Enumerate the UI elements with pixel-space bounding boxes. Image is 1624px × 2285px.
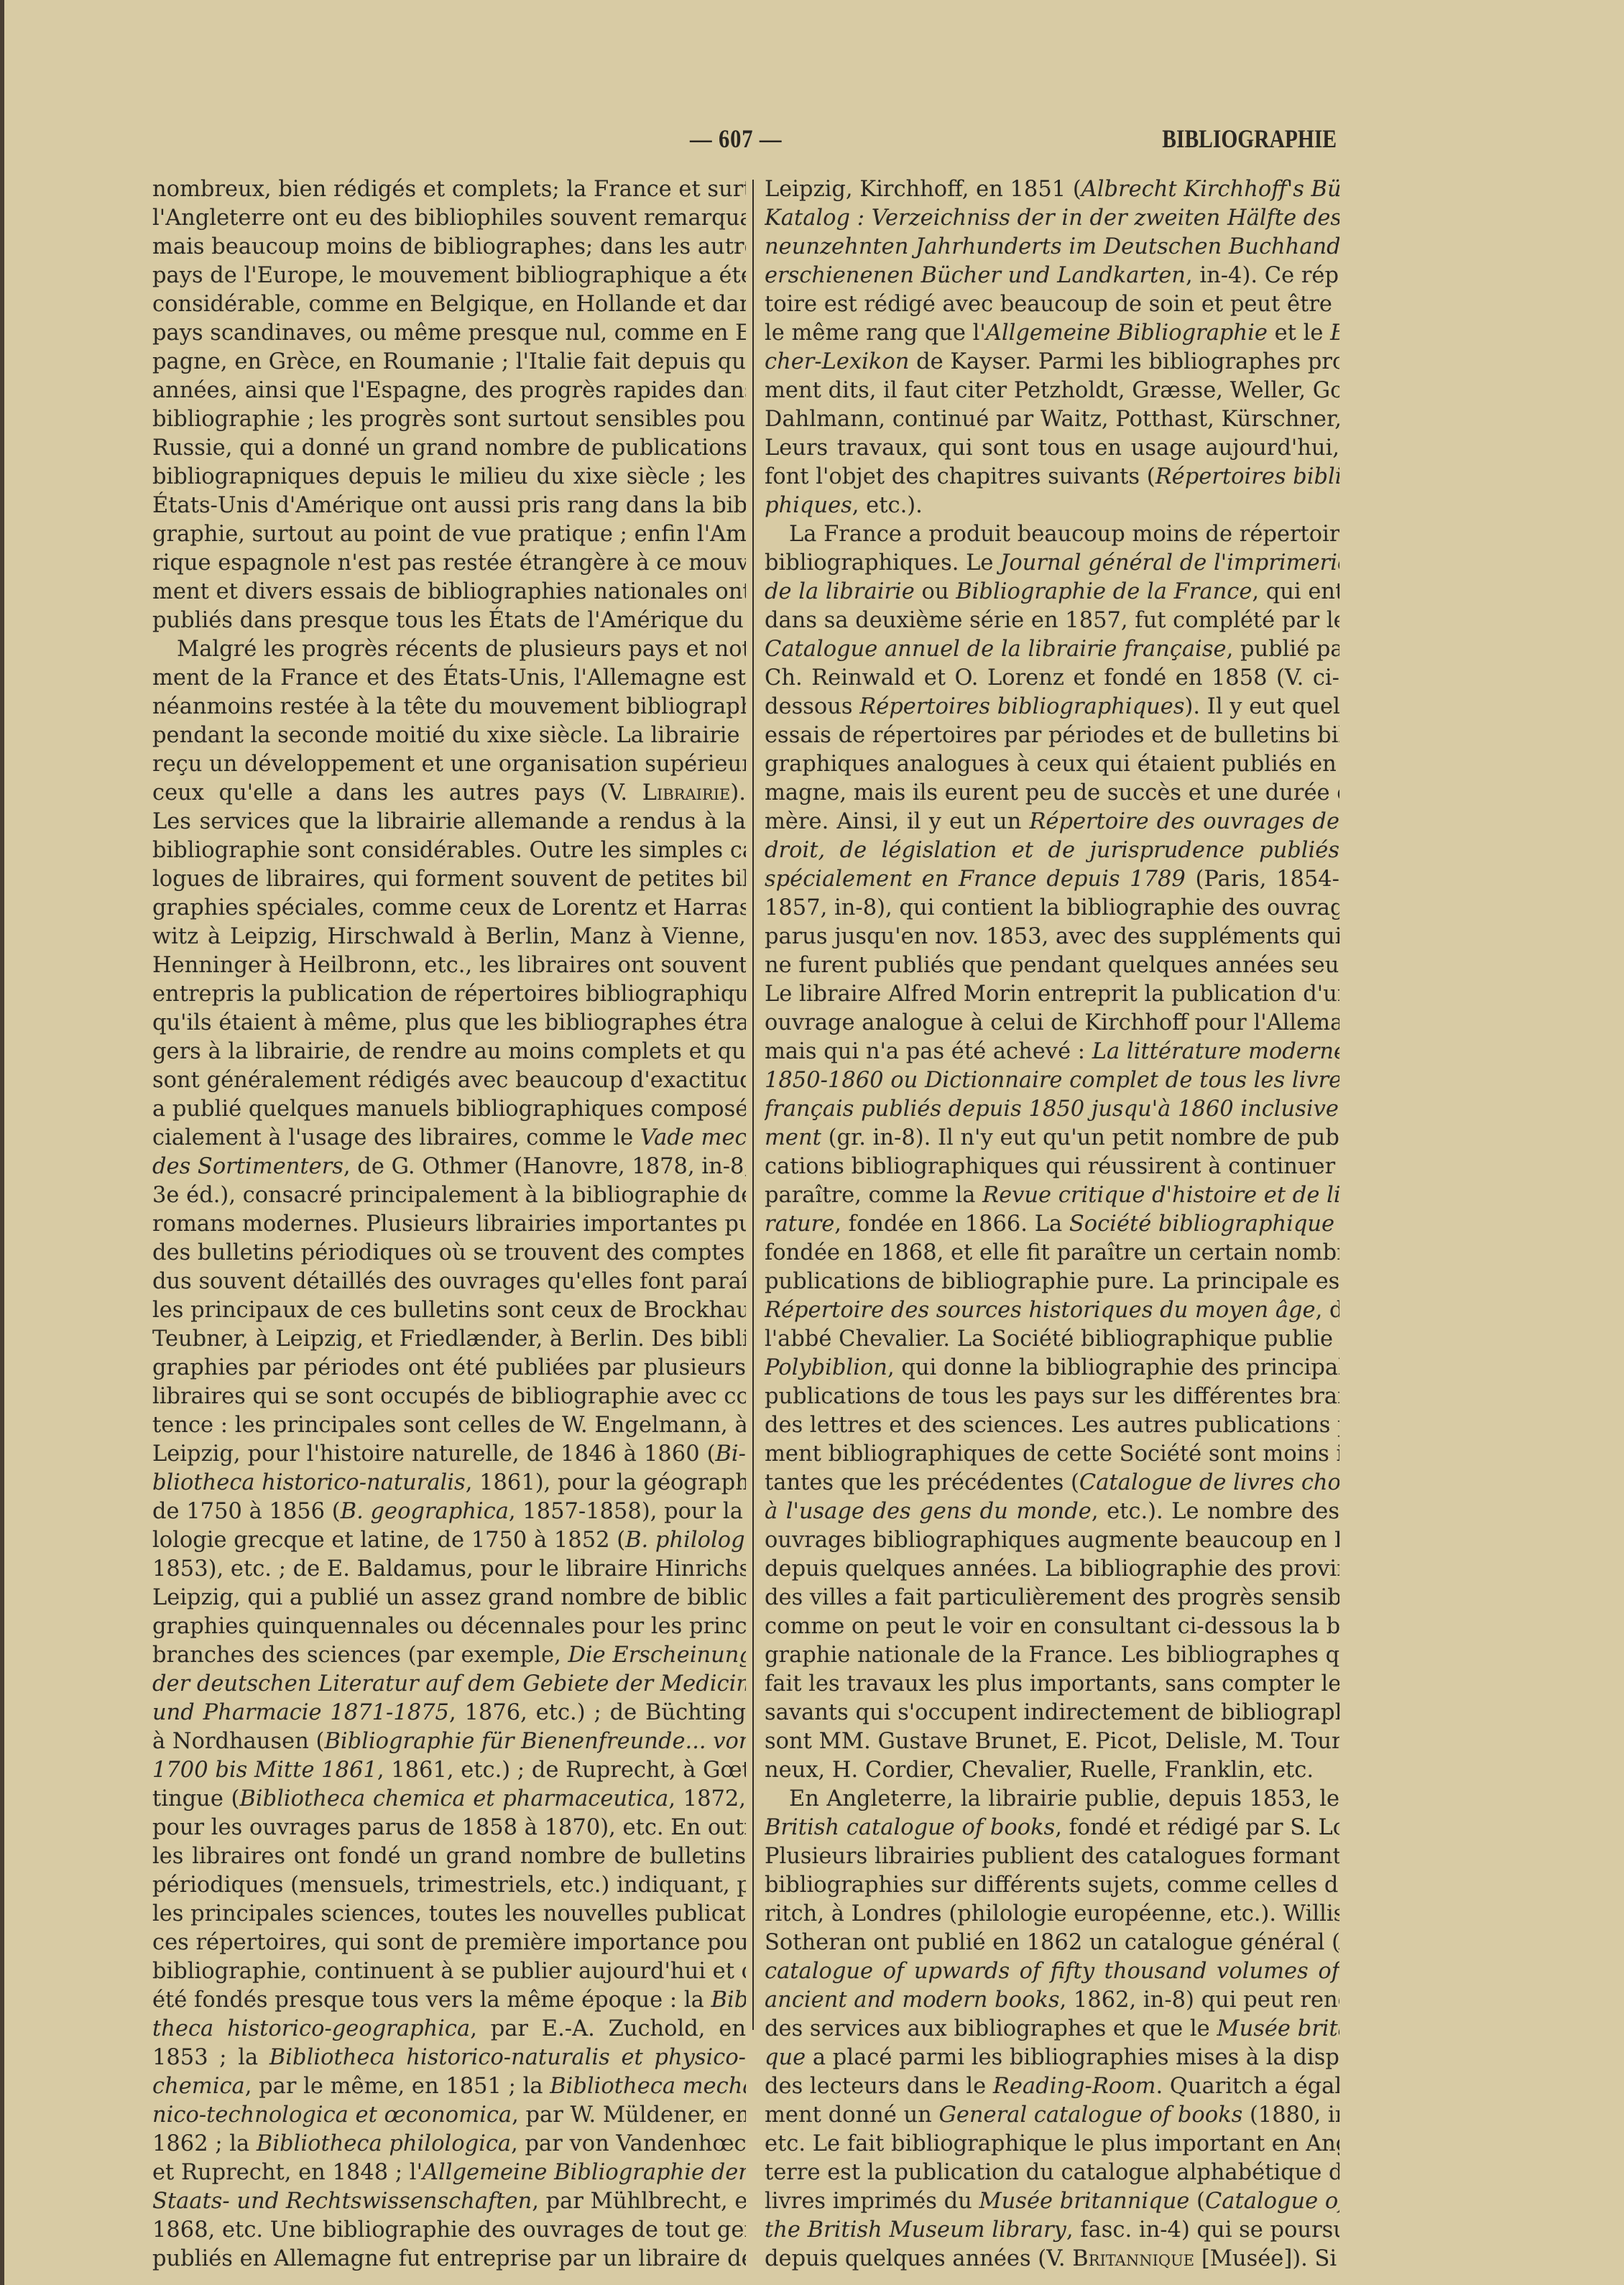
text-segment: ceux qu'elle a dans les autres pays (V. — [152, 780, 642, 805]
text-line: néanmoins restée à la tête du mouvement … — [152, 693, 746, 721]
text-line: bibliograpniques depuis le milieu du xix… — [152, 463, 746, 491]
text-line: romans modernes. Plusieurs librairies im… — [152, 1210, 746, 1239]
text-line: périodiques (mensuels, trimestriels, etc… — [152, 1871, 746, 1900]
text-segment: , fasc. in-4) qui se poursuit — [1066, 2217, 1339, 2243]
text-line: Leipzig, qui a publié un assez grand nom… — [152, 1584, 746, 1612]
text-line: mère. Ainsi, il y eut un Répertoire des … — [765, 808, 1339, 836]
italic-title: Reading-Room — [993, 2074, 1156, 2099]
italic-title: und Pharmacie 1871-1875 — [152, 1700, 449, 1725]
italic-title: the British Museum library — [765, 2217, 1066, 2243]
text-line: Le libraire Alfred Morin entreprit la pu… — [765, 980, 1339, 1009]
italic-title: rature — [765, 1211, 834, 1237]
text-line: des bulletins périodiques où se trouvent… — [152, 1239, 746, 1268]
text-line: ment et divers essais de bibliographies … — [152, 578, 746, 606]
text-line: British catalogue of books, fondé et réd… — [765, 1814, 1339, 1842]
text-segment: Leipzig, Kirchhoff, en 1851 ( — [765, 177, 1081, 202]
text-line: lologie grecque et latine, de 1750 à 185… — [152, 1526, 746, 1555]
text-line: Staats- und Rechtswissenschaften, par Mü… — [152, 2187, 746, 2216]
text-line: fait les travaux les plus importants, sa… — [765, 1670, 1339, 1699]
text-segment: de Kayser. Parmi les bibliographes propr… — [909, 349, 1339, 374]
italic-title: Journal général de l'imprimerie et — [1000, 550, 1339, 576]
italic-title: B. geographica — [341, 1499, 509, 1524]
text-line: sont MM. Gustave Brunet, E. Picot, Delis… — [765, 1727, 1339, 1756]
text-line: de 1750 à 1856 (B. geographica, 1857-185… — [152, 1497, 746, 1526]
text-line: Les services que la librairie allemande … — [152, 808, 746, 836]
text-line: pays de l'Europe, le mouvement bibliogra… — [152, 262, 746, 290]
text-line: ancient and modern books, 1862, in-8) qu… — [765, 1986, 1339, 2015]
italic-title: Biblio- — [711, 1988, 746, 2013]
italic-title: Bibliotheca chemica et pharmaceutica — [239, 1786, 668, 1811]
italic-title: droit, de législation et de jurisprudenc… — [765, 838, 1339, 863]
text-segment: , de — [1316, 1298, 1339, 1323]
text-segment: , par von Vandenhœck — [511, 2131, 746, 2156]
text-line: 3e éd.), consacré principalement à la bi… — [152, 1181, 746, 1210]
text-line: des Sortimenters, de G. Othmer (Hanovre,… — [152, 1153, 746, 1181]
italic-title: Répertoire des sources historiques du mo… — [765, 1298, 1316, 1323]
text-line: Ch. Reinwald et O. Lorenz et fondé en 18… — [765, 664, 1339, 693]
italic-title: General catalogue of books — [938, 2102, 1242, 2128]
italic-title: Bi- — [716, 1441, 746, 1467]
text-segment: à Nordhausen ( — [152, 1729, 324, 1754]
text-line: ment bibliographiques de cette Société s… — [765, 1440, 1339, 1469]
text-line: Leurs travaux, qui sont tous en usage au… — [765, 434, 1339, 463]
text-line: 1853 ; la Bibliotheca historico-naturali… — [152, 2044, 746, 2072]
italic-title: La littérature moderne — [1092, 1039, 1339, 1064]
text-line: publiés en Allemagne fut entreprise par … — [152, 2245, 746, 2274]
text-line: 1700 bis Mitte 1861, 1861, etc.) ; de Ru… — [152, 1756, 746, 1785]
text-line: terre est la publication du catalogue al… — [765, 2159, 1339, 2187]
italic-title: theca historico-geographica — [152, 2016, 470, 2041]
text-line: der deutschen Literatur auf dem Gebiete … — [152, 1670, 746, 1699]
text-line: tantes que les précédentes (Catalogue de… — [765, 1469, 1339, 1497]
text-line: l'Angleterre ont eu des bibliophiles sou… — [152, 204, 746, 233]
text-line: 1868, etc. Une bibliographie des ouvrage… — [152, 2216, 746, 2245]
text-line: à Nordhausen (Bibliographie für Bienenfr… — [152, 1727, 746, 1756]
right-text-column: Leipzig, Kirchhoff, en 1851 (Albrecht Ki… — [765, 175, 1339, 2274]
italic-title: Allgemeine Bibliographie der — [423, 2160, 746, 2185]
text-line: les principales sciences, toutes les nou… — [152, 1900, 746, 1929]
text-line: pays scandinaves, ou même presque nul, c… — [152, 319, 746, 348]
text-line: des villes a fait particulièrement des p… — [765, 1584, 1339, 1612]
text-line: de la librairie ou Bibliographie de la F… — [765, 578, 1339, 606]
text-segment: font l'objet des chapitres suivants ( — [765, 464, 1155, 489]
text-segment: des services aux bibliographes et que le — [765, 2016, 1217, 2041]
italic-title: B. philologica — [625, 1528, 746, 1553]
text-segment: , 1872, — [668, 1786, 746, 1811]
text-line: parus jusqu'en nov. 1853, avec des suppl… — [765, 923, 1339, 951]
text-line: Polybiblion, qui donne la bibliographie … — [765, 1354, 1339, 1382]
left-text-column: nombreux, bien rédigés et complets; la F… — [152, 175, 746, 2274]
text-line: witz à Leipzig, Hirschwald à Berlin, Man… — [152, 923, 746, 951]
text-line: ment de la France et des États-Unis, l'A… — [152, 664, 746, 693]
text-line: des lecteurs dans le Reading-Room. Quari… — [765, 2072, 1339, 2101]
text-line: bibliographies sur différents sujets, co… — [765, 1871, 1339, 1900]
text-segment: été fondés presque tous vers la même épo… — [152, 1988, 711, 2013]
text-segment: fut — [1334, 1211, 1339, 1237]
italic-title: Katalog : Verzeichniss der in der zweite… — [765, 206, 1339, 231]
text-segment: Leipzig, pour l'histoire naturelle, de 1… — [152, 1441, 716, 1467]
italic-title: 1850-1860 ou Dictionnaire complet de tou… — [765, 1068, 1339, 1093]
text-line: 1862 ; la Bibliotheca philologica, par v… — [152, 2130, 746, 2159]
text-line: branches des sciences (par exemple, Die … — [152, 1641, 746, 1670]
italic-title: Bibliotheca historico-naturalis et physi… — [269, 2045, 746, 2070]
text-line: dus souvent détaillés des ouvrages qu'el… — [152, 1268, 746, 1296]
text-line: qu'ils étaient à même, plus que les bibl… — [152, 1009, 746, 1038]
text-line: etc. Le fait bibliographique le plus imp… — [765, 2130, 1339, 2159]
text-line: bibliographie sont considérables. Outre … — [152, 836, 746, 865]
italic-title: phiques — [765, 493, 852, 518]
text-segment: , 1861), pour la géographie, — [466, 1470, 746, 1495]
column-divider — [752, 180, 754, 2030]
text-line: Henninger à Heilbronn, etc., les librair… — [152, 951, 746, 980]
text-line: Leipzig, pour l'histoire naturelle, de 1… — [152, 1440, 746, 1469]
italic-title: neunzehnten Jahrhunderts im Deutschen Bu… — [765, 234, 1339, 259]
text-line: pour les ouvrages parus de 1858 à 1870),… — [152, 1814, 746, 1842]
text-line: chemica, par le même, en 1851 ; la Bibli… — [152, 2072, 746, 2101]
text-line: toire est rédigé avec beaucoup de soin e… — [765, 290, 1339, 319]
text-segment: des lecteurs dans le — [765, 2074, 993, 2099]
text-line: bibliographie, continuent à se publier a… — [152, 1957, 746, 1986]
text-line: und Pharmacie 1871-1875, 1876, etc.) ; d… — [152, 1699, 746, 1727]
text-line: ritch, à Londres (philologie européenne,… — [765, 1900, 1339, 1929]
text-segment: , fondé et rédigé par S. Low. — [1055, 1815, 1339, 1840]
text-line: pagne, en Grèce, en Roumanie ; l'Italie … — [152, 348, 746, 377]
italic-title: Musée britanni- — [1217, 2016, 1339, 2041]
text-line: theca historico-geographica, par E.-A. Z… — [152, 2015, 746, 2044]
text-line: 1857, in-8), qui contient la bibliograph… — [765, 894, 1339, 923]
italic-title: à l'usage des gens du monde — [765, 1499, 1092, 1524]
text-line: Leipzig, Kirchhoff, en 1851 (Albrecht Ki… — [765, 175, 1339, 204]
text-segment: , qui donne la bibliographie des princip… — [887, 1355, 1339, 1380]
italic-title: Société bibliographique — [1069, 1211, 1334, 1237]
text-line: Répertoire des sources historiques du mo… — [765, 1296, 1339, 1325]
text-line: l'abbé Chevalier. La Société bibliograph… — [765, 1325, 1339, 1354]
text-line: logues de libraires, qui forment souvent… — [152, 865, 746, 894]
italic-title: Bibliographie für Bienenfreunde... von — [324, 1729, 746, 1754]
text-segment: [Musée]). Si — [1194, 2246, 1337, 2271]
text-line: publiés dans presque tous les États de l… — [152, 606, 746, 635]
text-line: depuis quelques années (V. Britannique [… — [765, 2245, 1339, 2274]
italic-title: Répertoire des ouvrages de — [1029, 809, 1339, 834]
text-line: ouvrages bibliographiques augmente beauc… — [765, 1526, 1339, 1555]
text-line: Teubner, à Leipzig, et Friedlænder, à Be… — [152, 1325, 746, 1354]
text-segment: depuis quelques années (V. — [765, 2246, 1072, 2271]
text-segment: et Ruprecht, en 1848 ; l' — [152, 2160, 423, 2185]
text-line: le même rang que l'Allgemeine Bibliograp… — [765, 319, 1339, 348]
text-segment: , etc.). Le nombre des — [1092, 1499, 1339, 1524]
text-segment: tingue ( — [152, 1786, 239, 1811]
text-segment: (Paris, 1854- — [1186, 867, 1339, 892]
text-line: catalogue of upwards of fifty thousand v… — [765, 1957, 1339, 1986]
text-segment: ou — [915, 579, 956, 604]
text-line: les libraires ont fondé un grand nombre … — [152, 1842, 746, 1871]
text-line: graphies spéciales, comme ceux de Lorent… — [152, 894, 746, 923]
text-line: rature, fondée en 1866. La Société bibli… — [765, 1210, 1339, 1239]
text-segment: dessous — [765, 694, 859, 719]
text-line: La France a produit beaucoup moins de ré… — [765, 520, 1339, 549]
text-segment: , par Mühlbrecht, en — [532, 2189, 746, 2214]
text-line: depuis quelques années. La bibliographie… — [765, 1555, 1339, 1584]
text-segment: branches des sciences (par exemple, — [152, 1643, 568, 1668]
text-segment: , par E.-A. Zuchold, en — [470, 2016, 746, 2041]
text-segment: le même rang que l' — [765, 320, 986, 346]
italic-title: Catalogue de livres choisis — [1079, 1470, 1339, 1495]
text-line: tence : les principales sont celles de W… — [152, 1411, 746, 1440]
italic-title: Staats- und Rechtswissenschaften — [152, 2189, 532, 2214]
text-segment: 1862 ; la — [152, 2131, 257, 2156]
text-line: que a placé parmi les bibliographies mis… — [765, 2044, 1339, 2072]
text-line: ment (gr. in-8). Il n'y eut qu'un petit … — [765, 1124, 1339, 1153]
italic-title: Bü- — [1330, 320, 1339, 346]
italic-title: nico-technologica et œconomica — [152, 2102, 512, 2128]
text-line: bibliographiques. Le Journal général de … — [765, 549, 1339, 578]
text-segment: (gr. in-8). Il n'y eut qu'un petit nombr… — [821, 1125, 1339, 1150]
text-line: font l'objet des chapitres suivants (Rép… — [765, 463, 1339, 491]
text-line: En Angleterre, la librairie publie, depu… — [765, 1785, 1339, 1814]
text-line: spécialement en France depuis 1789 (Pari… — [765, 865, 1339, 894]
text-line: mais qui n'a pas été achevé : La littéra… — [765, 1038, 1339, 1066]
italic-title: de la librairie — [765, 579, 915, 604]
text-line: et Ruprecht, en 1848 ; l'Allgemeine Bibl… — [152, 2159, 746, 2187]
text-segment: ( — [1189, 2189, 1205, 2214]
text-line: des services aux bibliographes et que le… — [765, 2015, 1339, 2044]
text-line: Dahlmann, continué par Waitz, Potthast, … — [765, 405, 1339, 434]
italic-title: British catalogue of books — [765, 1815, 1055, 1840]
text-line: dans sa deuxième série en 1857, fut comp… — [765, 606, 1339, 635]
italic-title: erschienenen Bücher und Landkarten — [765, 263, 1186, 288]
text-line: publications de tous les pays sur les di… — [765, 1382, 1339, 1411]
text-line: ment dits, il faut citer Petzholdt, Græs… — [765, 377, 1339, 405]
text-line: ouvrage analogue à celui de Kirchhoff po… — [765, 1009, 1339, 1038]
running-title: BIBLIOGRAPHIE — [1162, 124, 1337, 154]
text-line: paraître, comme la Revue critique d'hist… — [765, 1181, 1339, 1210]
text-line: Russie, qui a donné un grand nombre de p… — [152, 434, 746, 463]
text-line: livres imprimés du Musée britannique (Ca… — [765, 2187, 1339, 2216]
text-line: bibliographie ; les progrès sont surtout… — [152, 405, 746, 434]
text-line: été fondés presque tous vers la même épo… — [152, 1986, 746, 2015]
text-line: publications de bibliographie pure. La p… — [765, 1268, 1339, 1296]
text-line: neunzehnten Jahrhunderts im Deutschen Bu… — [765, 233, 1339, 262]
text-line: 1850-1860 ou Dictionnaire complet de tou… — [765, 1066, 1339, 1095]
text-segment: , 1862, in-8) qui peut rendre — [1060, 1988, 1339, 2013]
italic-title: Bibliotheca mecha- — [550, 2074, 746, 2099]
italic-title: 1700 bis Mitte 1861 — [152, 1758, 377, 1783]
text-segment: , par W. Müldener, en — [512, 2102, 746, 2128]
text-segment: de 1750 à 1856 ( — [152, 1499, 341, 1524]
text-line: Malgré les progrès récents de plusieurs … — [152, 635, 746, 664]
italic-title: français publiés depuis 1850 jusqu'à 186… — [765, 1097, 1339, 1122]
text-line: cher-Lexikon de Kayser. Parmi les biblio… — [765, 348, 1339, 377]
text-line: ment donné un General catalogue of books… — [765, 2101, 1339, 2130]
text-segment: mais qui n'a pas été achevé : — [765, 1039, 1092, 1064]
text-line: bliotheca historico-naturalis, 1861), po… — [152, 1469, 746, 1497]
italic-title: der deutschen Literatur auf dem Gebiete … — [152, 1671, 746, 1697]
text-line: rique espagnole n'est pas restée étrangè… — [152, 549, 746, 578]
text-segment: , par le même, en 1851 ; la — [245, 2074, 550, 2099]
italic-title: Die Erscheinungen — [568, 1643, 746, 1668]
text-line: graphie, surtout au point de vue pratiqu… — [152, 520, 746, 549]
text-line: ceux qu'elle a dans les autres pays (V. … — [152, 779, 746, 808]
text-line: mais beaucoup moins de bibliographes; da… — [152, 233, 746, 262]
text-line: ces répertoires, qui sont de première im… — [152, 1929, 746, 1957]
page-header: — 607 — BIBLIOGRAPHIE — [690, 124, 1337, 160]
text-line: entrepris la publication de répertoires … — [152, 980, 746, 1009]
text-line: Catalogue annuel de la librairie françai… — [765, 635, 1339, 664]
text-line: années, ainsi que l'Espagne, des progrès… — [152, 377, 746, 405]
text-line: Katalog : Verzeichniss der in der zweite… — [765, 204, 1339, 233]
italic-title: Albrecht Kirchhoff's Bücher — [1081, 177, 1339, 202]
text-line: États-Unis d'Amérique ont aussi pris ran… — [152, 491, 746, 520]
text-line: libraires qui se sont occupés de bibliog… — [152, 1382, 746, 1411]
text-line: graphies par périodes ont été publiées p… — [152, 1354, 746, 1382]
text-segment: . Quaritch a égale- — [1155, 2074, 1339, 2099]
italic-title: Polybiblion — [765, 1355, 887, 1380]
italic-title: Bibliographie de la France — [956, 579, 1252, 604]
italic-title: Répertoires bibliographiques — [859, 694, 1184, 719]
text-line: Sotheran ont publié en 1862 un catalogue… — [765, 1929, 1339, 1957]
text-segment: tantes que les précédentes ( — [765, 1470, 1079, 1495]
text-segment: , in-4). Ce réper- — [1186, 263, 1339, 288]
text-line: graphiques analogues à ceux qui étaient … — [765, 750, 1339, 779]
text-segment: , publié par — [1227, 637, 1339, 662]
text-segment: ). Il y eut quelques — [1185, 694, 1339, 719]
italic-title: Vade mecum — [640, 1125, 746, 1150]
text-segment: ). — [730, 780, 746, 805]
text-line: les principaux de ces bulletins sont ceu… — [152, 1296, 746, 1325]
text-line: 1853), etc. ; de E. Baldamus, pour le li… — [152, 1555, 746, 1584]
italic-title: Bibliotheca philologica — [257, 2131, 511, 2156]
text-line: ne furent publiés que pendant quelques a… — [765, 951, 1339, 980]
text-line: phiques, etc.). — [765, 491, 1339, 520]
text-segment: , qui entra — [1252, 579, 1339, 604]
italic-title: que — [765, 2045, 806, 2070]
text-line: nico-technologica et œconomica, par W. M… — [152, 2101, 746, 2130]
text-line: graphie nationale de la France. Les bibl… — [765, 1641, 1339, 1670]
text-line: gers à la librairie, de rendre au moins … — [152, 1038, 746, 1066]
text-segment: a placé parmi les bibliographies mises à… — [806, 2045, 1339, 2070]
text-line: à l'usage des gens du monde, etc.). Le n… — [765, 1497, 1339, 1526]
page-number: — 607 — — [690, 124, 782, 154]
italic-title: Musée britannique — [979, 2189, 1189, 2214]
text-segment: , de G. Othmer (Hanovre, 1878, in-8, — [343, 1154, 746, 1179]
italic-title: des Sortimenters — [152, 1154, 343, 1179]
text-line: essais de répertoires par périodes et de… — [765, 721, 1339, 750]
text-line: droit, de législation et de jurisprudenc… — [765, 836, 1339, 865]
text-line: Plusieurs librairies publient des catalo… — [765, 1842, 1339, 1871]
text-line: a publié quelques manuels bibliographiqu… — [152, 1095, 746, 1124]
text-line: pendant la seconde moitié du xixe siècle… — [152, 721, 746, 750]
text-segment: , 1876, etc.) ; de Büchting — [449, 1700, 746, 1725]
text-segment: lologie grecque et latine, de 1750 à 185… — [152, 1528, 625, 1553]
text-segment: mère. Ainsi, il y eut un — [765, 809, 1029, 834]
italic-title: bliotheca historico-naturalis — [152, 1470, 466, 1495]
text-line: reçu un développement et une organisatio… — [152, 750, 746, 779]
text-line: nombreux, bien rédigés et complets; la F… — [152, 175, 746, 204]
text-line: considérable, comme en Belgique, en Holl… — [152, 290, 746, 319]
text-segment: bibliographiques. Le — [765, 550, 1000, 576]
italic-title: Catalogue annuel de la librairie françai… — [765, 637, 1227, 662]
text-segment: livres imprimés du — [765, 2189, 979, 2214]
text-line: tingue (Bibliotheca chemica et pharmaceu… — [152, 1785, 746, 1814]
text-segment: cialement à l'usage des libraires, comme… — [152, 1125, 640, 1150]
italic-title: Répertoires bibliogra- — [1155, 464, 1339, 489]
text-line: neux, H. Cordier, Chevalier, Ruelle, Fra… — [765, 1756, 1339, 1785]
text-segment: , 1857-1858), pour la phi- — [509, 1499, 746, 1524]
italic-title: ancient and modern books — [765, 1988, 1060, 2013]
text-segment: , fondée en 1866. La — [834, 1211, 1069, 1237]
italic-title: ment — [765, 1125, 821, 1150]
text-line: cations bibliographiques qui réussirent … — [765, 1153, 1339, 1181]
italic-title: chemica — [152, 2074, 245, 2099]
cross-reference: Britannique — [1072, 2246, 1194, 2271]
text-segment: , etc.). — [852, 493, 923, 518]
italic-title: cher-Lexikon — [765, 349, 909, 374]
text-line: des lettres et des sciences. Les autres … — [765, 1411, 1339, 1440]
text-segment: ment donné un — [765, 2102, 938, 2128]
cross-reference: Librairie — [642, 780, 731, 805]
italic-title: catalogue of upwards of fifty thousand v… — [765, 1959, 1339, 1984]
italic-title: Revue critique d'histoire et de litté- — [982, 1183, 1339, 1208]
text-line: cialement à l'usage des libraires, comme… — [152, 1124, 746, 1153]
text-segment: (1880, in-8), — [1242, 2102, 1339, 2128]
text-line: français publiés depuis 1850 jusqu'à 186… — [765, 1095, 1339, 1124]
italic-title: Catalogue of — [1205, 2189, 1339, 2214]
text-line: savants qui s'occupent indirectement de … — [765, 1699, 1339, 1727]
text-line: fondée en 1868, et elle fit paraître un … — [765, 1239, 1339, 1268]
text-line: magne, mais ils eurent peu de succès et … — [765, 779, 1339, 808]
text-segment: 1853 ; la — [152, 2045, 269, 2070]
text-line: the British Museum library, fasc. in-4) … — [765, 2216, 1339, 2245]
text-line: comme on peut le voir en consultant ci-d… — [765, 1612, 1339, 1641]
text-line: dessous Répertoires bibliographiques). I… — [765, 693, 1339, 721]
text-segment: et le — [1268, 320, 1330, 346]
text-segment: Sotheran ont publié en 1862 un catalogue… — [765, 1930, 1339, 1955]
text-segment: paraître, comme la — [765, 1183, 982, 1208]
italic-title: spécialement en France depuis 1789 — [765, 867, 1186, 892]
italic-title: Allgemeine Bibliographie — [986, 320, 1268, 346]
text-segment: , 1861, etc.) ; de Ruprecht, à Gœt- — [377, 1758, 746, 1783]
text-line: sont généralement rédigés avec beaucoup … — [152, 1066, 746, 1095]
text-line: erschienenen Bücher und Landkarten, in-4… — [765, 262, 1339, 290]
page-edge — [0, 0, 4, 2285]
text-line: graphies quinquennales ou décennales pou… — [152, 1612, 746, 1641]
